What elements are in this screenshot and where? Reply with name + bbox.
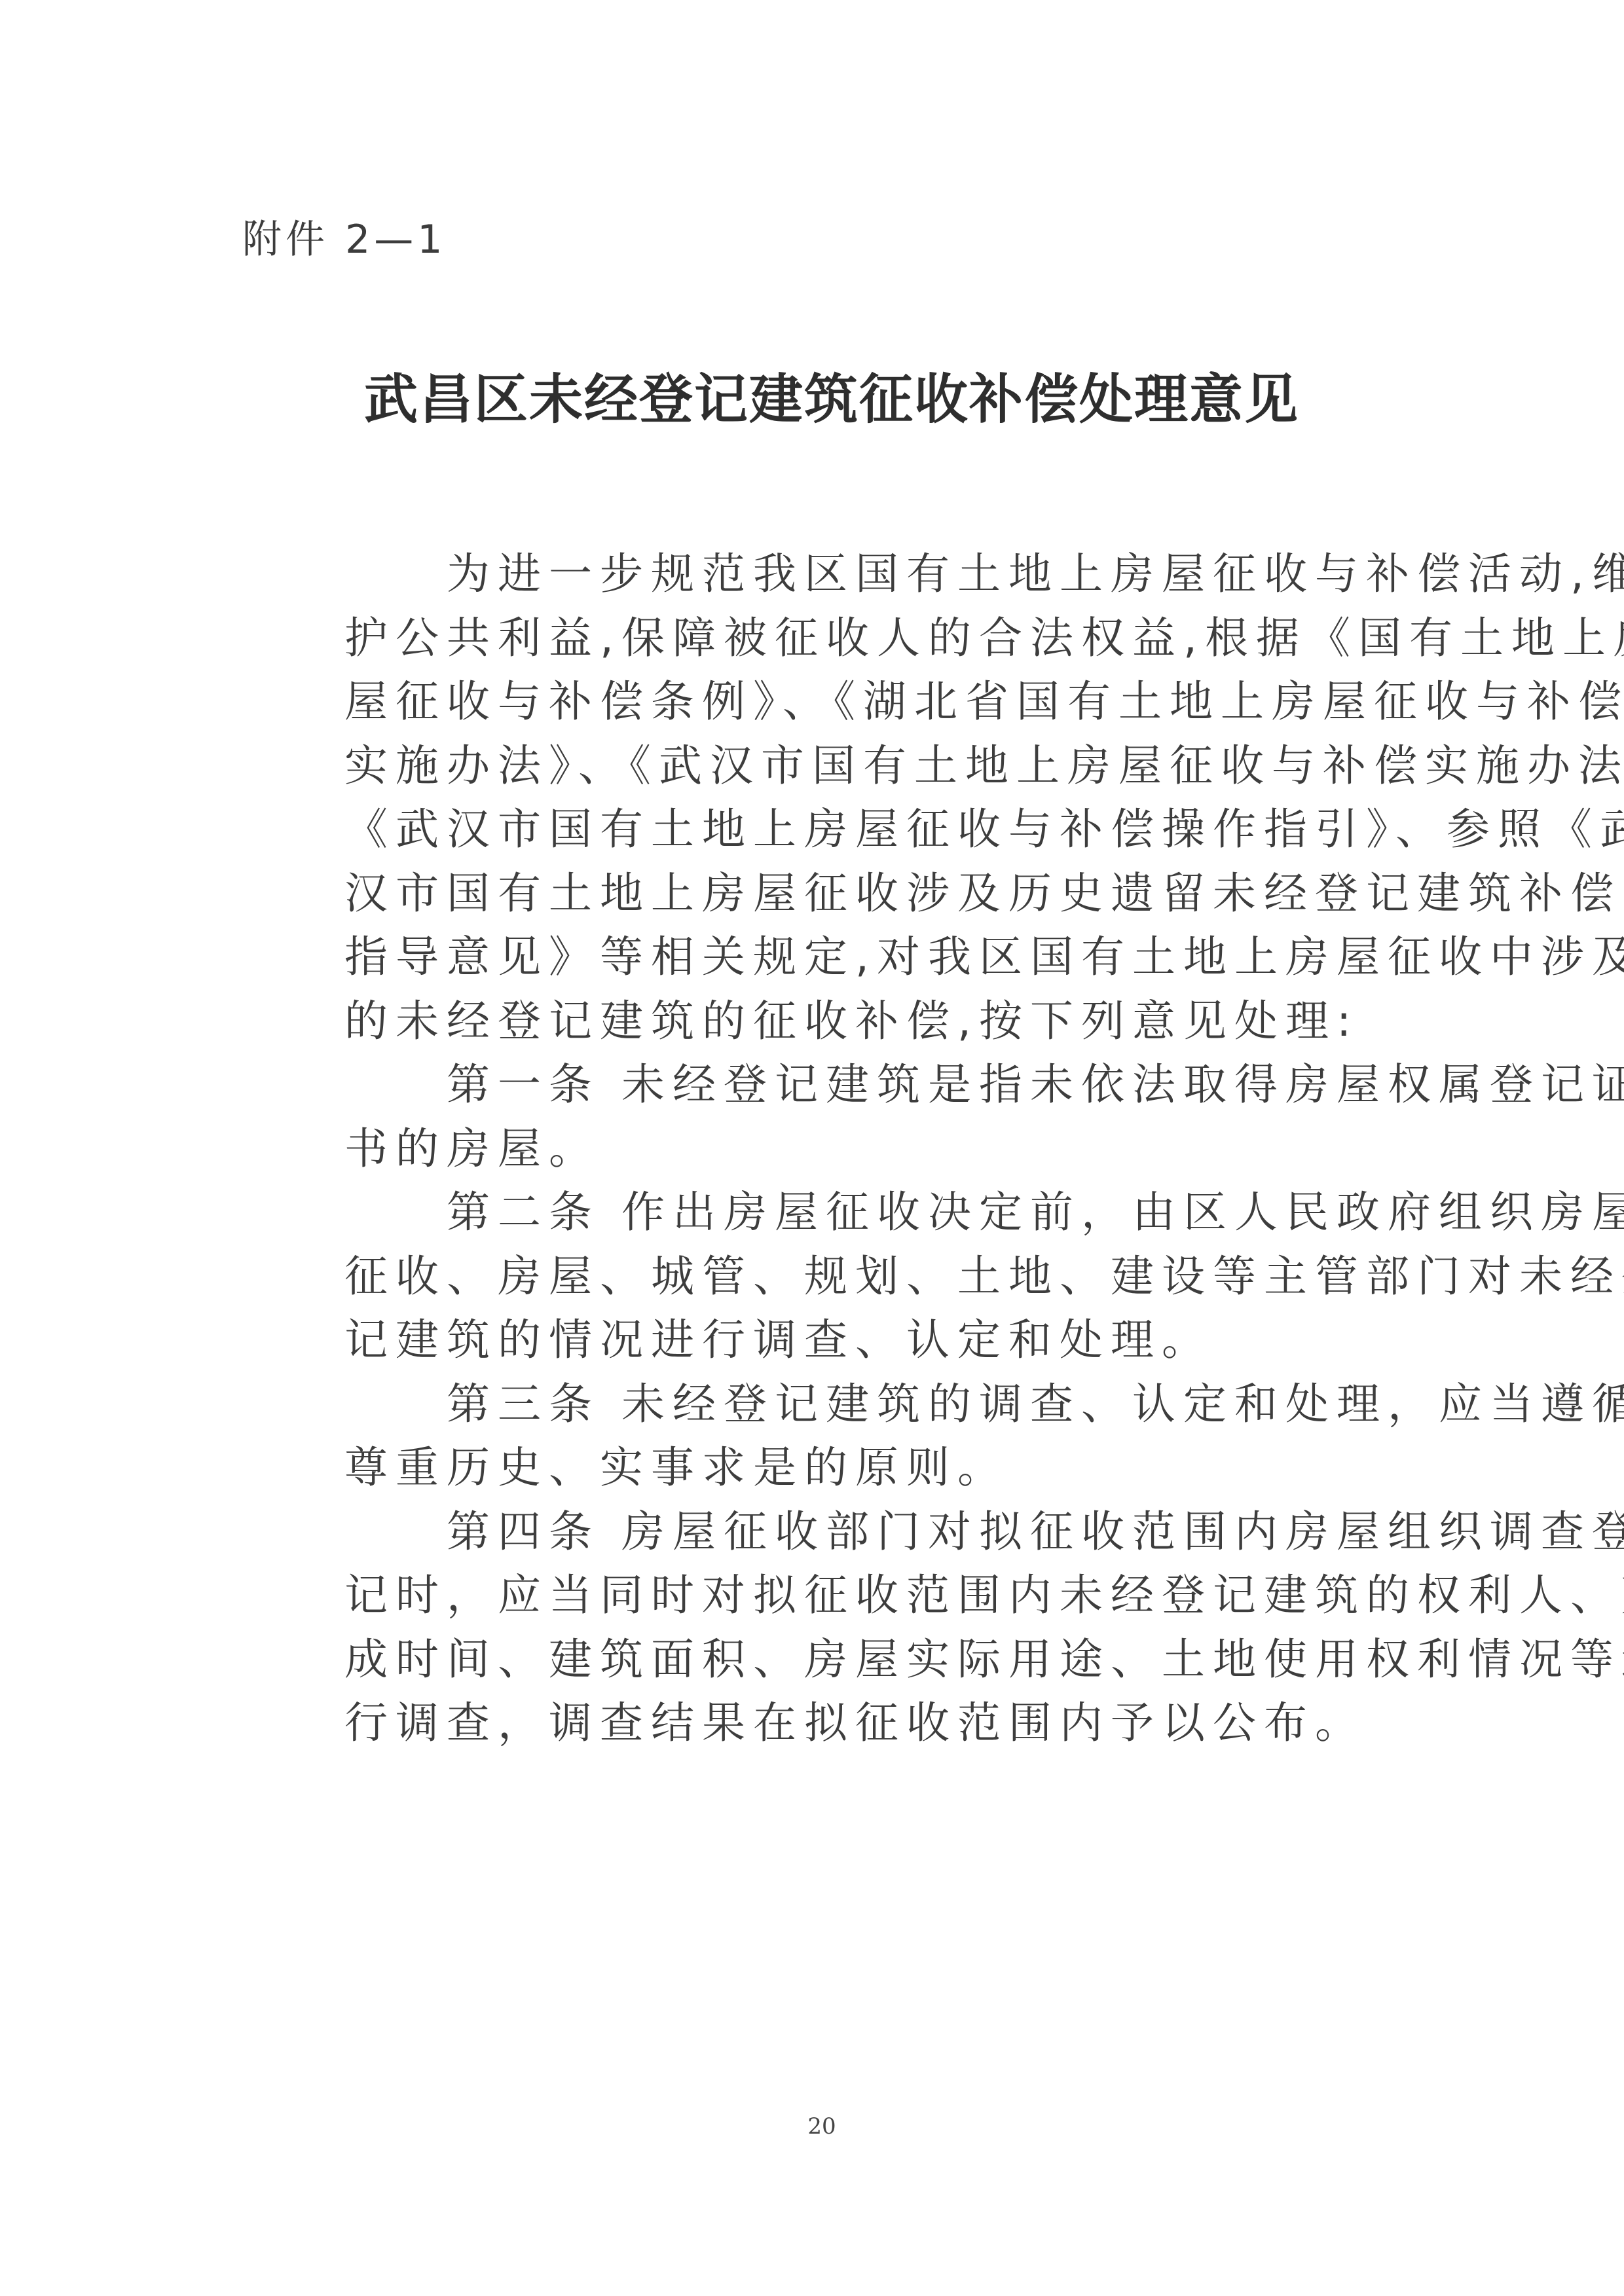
- text-line: 记时，应当同时对拟征收范围内未经登记建筑的权利人、建: [242, 1563, 1372, 1628]
- text-line: 尊重历史、实事求是的原则。: [242, 1436, 1372, 1500]
- document-body: 为进一步规范我区国有土地上房屋征收与补偿活动,维 护公共利益,保障被征收人的合法…: [242, 542, 1372, 1755]
- text-line: 第四条 房屋征收部门对拟征收范围内房屋组织调查登: [242, 1500, 1372, 1564]
- paragraph-article-1: 第一条 未经登记建筑是指未依法取得房屋权属登记证 书的房屋。: [242, 1053, 1372, 1180]
- text-line: 第二条 作出房屋征收决定前，由区人民政府组织房屋: [242, 1180, 1372, 1245]
- paragraph-article-3: 第三条 未经登记建筑的调查、认定和处理，应当遵循 尊重历史、实事求是的原则。: [242, 1372, 1372, 1500]
- text-line: 《武汉市国有土地上房屋征收与补偿操作指引》、参照《武: [242, 797, 1372, 862]
- text-line: 成时间、建筑面积、房屋实际用途、土地使用权利情况等进: [242, 1628, 1372, 1692]
- attachment-label: 附件 2—1: [242, 213, 446, 266]
- text-line: 行调查，调查结果在拟征收范围内予以公布。: [242, 1691, 1372, 1755]
- paragraph-preamble: 为进一步规范我区国有土地上房屋征收与补偿活动,维 护公共利益,保障被征收人的合法…: [242, 542, 1372, 1053]
- text-line: 指导意见》等相关规定,对我区国有土地上房屋征收中涉及: [242, 925, 1372, 989]
- paragraph-article-2: 第二条 作出房屋征收决定前，由区人民政府组织房屋 征收、房屋、城管、规划、土地、…: [242, 1180, 1372, 1372]
- text-line: 书的房屋。: [242, 1117, 1372, 1181]
- text-line: 汉市国有土地上房屋征收涉及历史遗留未经登记建筑补偿: [242, 862, 1372, 926]
- document-title: 武昌区未经登记建筑征收补偿处理意见: [0, 363, 1624, 435]
- text-line: 第三条 未经登记建筑的调查、认定和处理，应当遵循: [242, 1372, 1372, 1436]
- text-line: 为进一步规范我区国有土地上房屋征收与补偿活动,维: [242, 542, 1372, 606]
- text-line: 护公共利益,保障被征收人的合法权益,根据《国有土地上房: [242, 606, 1372, 670]
- paragraph-article-4: 第四条 房屋征收部门对拟征收范围内房屋组织调查登 记时，应当同时对拟征收范围内未…: [242, 1500, 1372, 1755]
- text-line: 的未经登记建筑的征收补偿,按下列意见处理:: [242, 989, 1372, 1053]
- text-line: 屋征收与补偿条例》、《湖北省国有土地上房屋征收与补偿: [242, 670, 1372, 734]
- page-number: 20: [0, 2113, 1624, 2140]
- text-line: 记建筑的情况进行调查、认定和处理。: [242, 1308, 1372, 1372]
- text-line: 第一条 未经登记建筑是指未依法取得房屋权属登记证: [242, 1053, 1372, 1117]
- document-page: 附件 2—1 武昌区未经登记建筑征收补偿处理意见 为进一步规范我区国有土地上房屋…: [0, 0, 1624, 2296]
- text-line: 征收、房屋、城管、规划、土地、建设等主管部门对未经登: [242, 1245, 1372, 1309]
- text-line: 实施办法》、《武汉市国有土地上房屋征收与补偿实施办法》、: [242, 734, 1372, 798]
